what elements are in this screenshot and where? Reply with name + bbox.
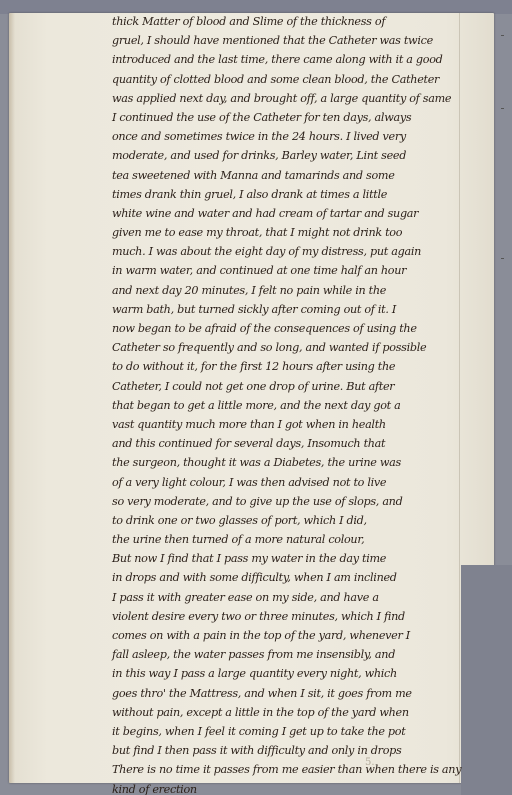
margin-mark — [501, 35, 504, 36]
text-line: to drink one or two glasses of port, whi… — [112, 511, 462, 530]
text-line: and next day 20 minutes, I felt no pain … — [112, 281, 462, 300]
text-line: quantity of clotted blood and some clean… — [112, 70, 462, 89]
text-line: much. I was about the eight day of my di… — [112, 242, 462, 261]
text-line: to do without it, for the first 12 hours… — [112, 357, 462, 376]
margin-mark — [501, 108, 504, 109]
text-line: There is no time it passes from me easie… — [112, 760, 462, 779]
text-line: white wine and water and had cream of ta… — [112, 204, 462, 223]
margin-mark — [501, 258, 504, 259]
text-line: thick Matter of blood and Slime of the t… — [112, 12, 462, 31]
text-line: Catheter, I could not get one drop of ur… — [112, 377, 462, 396]
text-line: given me to ease my throat, that I might… — [112, 223, 462, 242]
text-line: but find I then pass it with difficulty … — [112, 741, 462, 760]
text-line: vast quantity much more than I got when … — [112, 415, 462, 434]
text-line: fall asleep, the water passes from me in… — [112, 645, 462, 664]
text-line: warm bath, but turned sickly after comin… — [112, 300, 462, 319]
text-line: of a very light colour, I was then advis… — [112, 473, 462, 492]
text-line: in drops and with some difficulty, when … — [112, 568, 462, 587]
text-line: and this continued for several days, Ins… — [112, 434, 462, 453]
text-line: gruel, I should have mentioned that the … — [112, 31, 462, 50]
text-line: I pass it with greater ease on my side, … — [112, 588, 462, 607]
text-line: But now I find that I pass my water in t… — [112, 549, 462, 568]
text-line: it begins, when I feel it coming I get u… — [112, 722, 462, 741]
text-line: in warm water, and continued at one time… — [112, 261, 462, 280]
text-line: without pain, except a little in the top… — [112, 703, 462, 722]
handwritten-text-block: thick Matter of blood and Slime of the t… — [112, 12, 462, 795]
text-line: comes on with a pain in the top of the y… — [112, 626, 462, 645]
page-mark: 5. — [365, 757, 375, 768]
text-line: moderate, and used for drinks, Barley wa… — [112, 146, 462, 165]
text-line: now began to be afraid of the consequenc… — [112, 319, 462, 338]
text-line: the urine then turned of a more natural … — [112, 530, 462, 549]
text-line: so very moderate, and to give up the use… — [112, 492, 462, 511]
text-line: that began to get a little more, and the… — [112, 396, 462, 415]
text-line: the surgeon, thought it was a Diabetes, … — [112, 453, 462, 472]
scanner-background-corner — [461, 565, 512, 795]
text-line: introduced and the last time, there came… — [112, 50, 462, 69]
text-line: goes thro' the Mattress, and when I sit,… — [112, 684, 462, 703]
text-line: violent desire every two or three minute… — [112, 607, 462, 626]
text-line: once and sometimes twice in the 24 hours… — [112, 127, 462, 146]
text-line: tea sweetened with Manna and tamarinds a… — [112, 166, 462, 185]
text-line: I continued the use of the Catheter for … — [112, 108, 462, 127]
text-line: kind of erection — [112, 780, 462, 795]
text-line: Catheter so frequently and so long, and … — [112, 338, 462, 357]
text-line: in this way I pass a large quantity ever… — [112, 664, 462, 683]
text-line: was applied next day, and brought off, a… — [112, 89, 462, 108]
text-line: times drank thin gruel, I also drank at … — [112, 185, 462, 204]
